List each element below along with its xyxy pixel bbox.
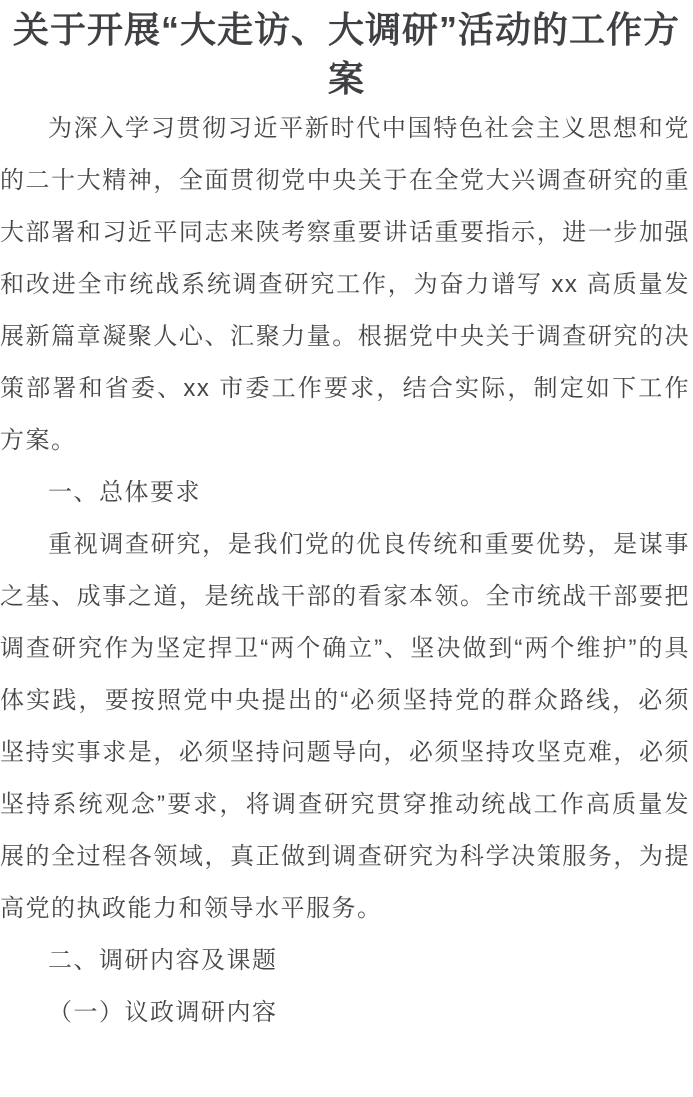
document-page: 关于开展“大走访、大调研”活动的工作方案 为深入学习贯彻习近平新时代中国特色社会…	[0, 0, 693, 1097]
section-heading-overall-requirements: 一、总体要求	[0, 467, 693, 519]
section-heading-research-content-topics: 二、调研内容及课题	[0, 935, 693, 987]
document-body: 为深入学习贯彻习近平新时代中国特色社会主义思想和党的二十大精神，全面贯彻党中央关…	[0, 103, 693, 1039]
overall-requirements-paragraph: 重视调查研究，是我们党的优良传统和重要优势，是谋事之基、成事之道，是统战干部的看…	[0, 519, 693, 935]
subsection-heading-yizheng-research-content: （一）议政调研内容	[0, 987, 693, 1039]
intro-paragraph: 为深入学习贯彻习近平新时代中国特色社会主义思想和党的二十大精神，全面贯彻党中央关…	[0, 103, 693, 467]
document-title: 关于开展“大走访、大调研”活动的工作方案	[0, 5, 693, 103]
